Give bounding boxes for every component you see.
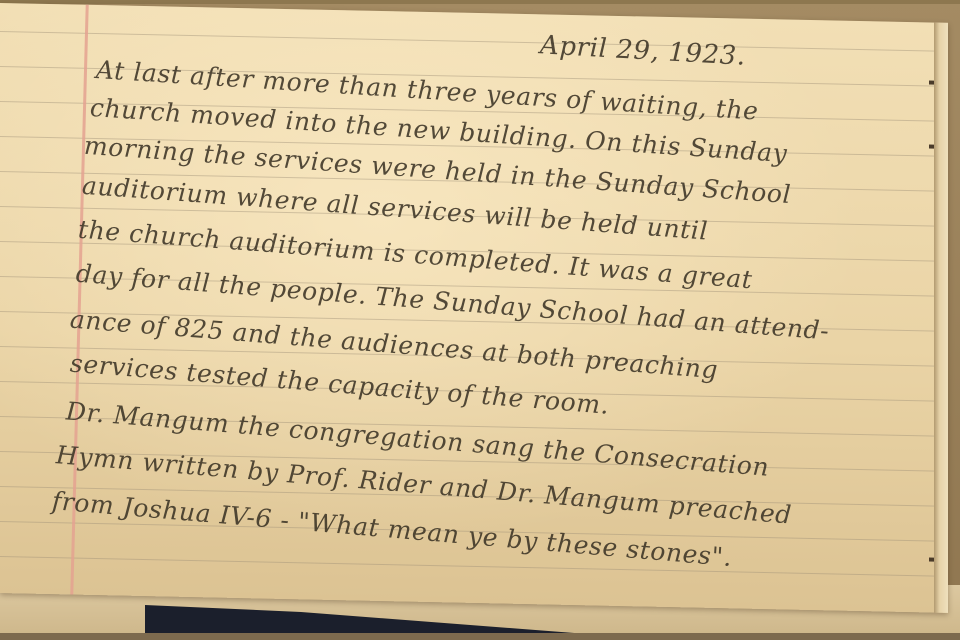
journal-photo: April 29, 1923. At last after more than … (0, 0, 960, 640)
journal-page: April 29, 1923. At last after more than … (0, 3, 948, 613)
entry-date: April 29, 1923. (539, 30, 746, 71)
handwritten-entry: April 29, 1923. At last after more than … (0, 3, 948, 613)
book-top-edge (0, 0, 960, 4)
table-surface (0, 633, 960, 640)
